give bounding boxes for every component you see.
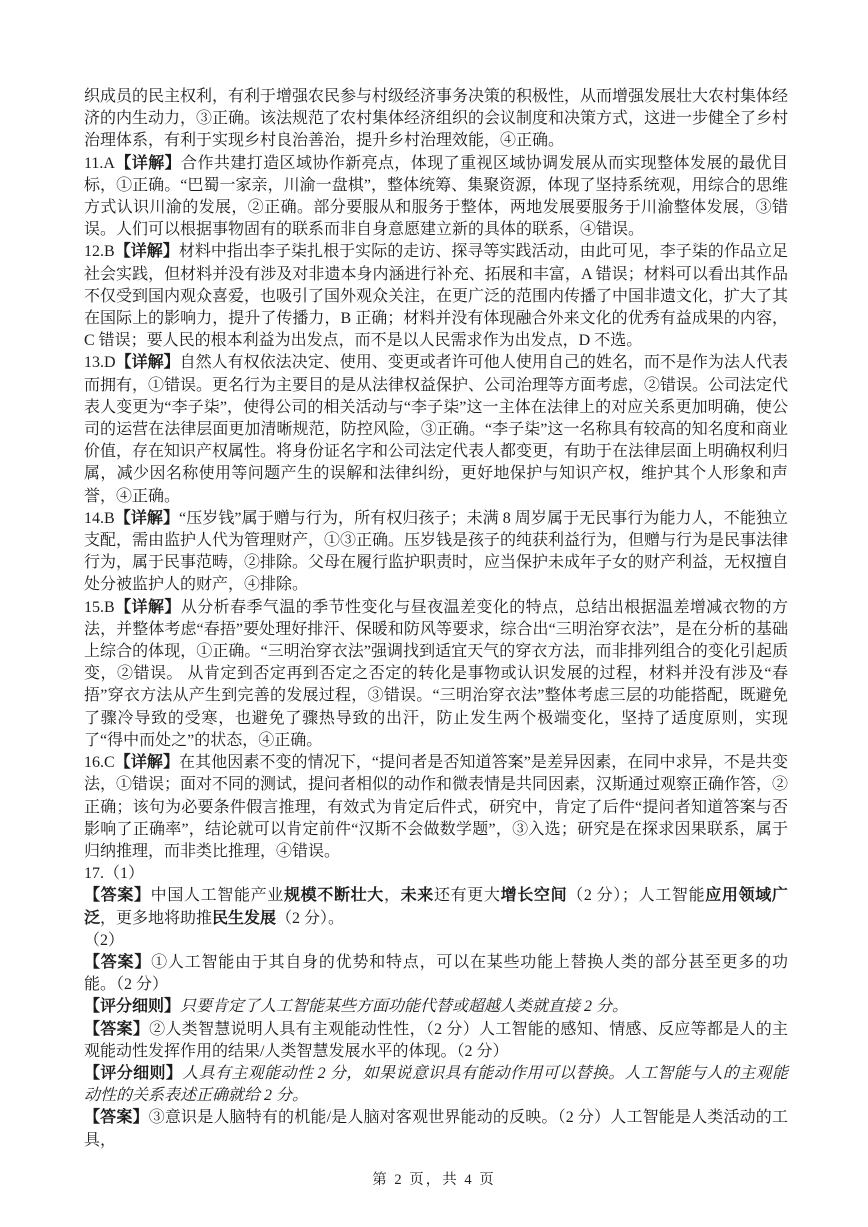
para-q17-part2-heading: （2）	[84, 930, 788, 952]
text-run: 15.B	[84, 599, 115, 616]
text-run: 织成员的民主权利，有利于增强农民参与村级经济事务决策的积极性，从而增强发展壮大农…	[84, 88, 788, 149]
text-run: 13.D	[84, 354, 116, 371]
para-q14-explanation: 14.B【详解】“压岁钱”属于赠与行为，所有权归孩子；未满 8 周岁属于无民事行…	[84, 508, 788, 597]
bold-text-run: 【详解】	[115, 599, 181, 616]
bold-text-run: 未来	[401, 887, 434, 904]
bold-text-run: 【详解】	[116, 354, 180, 371]
text-run: 14.B	[84, 510, 115, 527]
bold-text-run: 【详解】	[115, 243, 179, 260]
para-q16-explanation: 16.C【详解】在其他因素不变的情况下，“提问者是否知道答案”是差异因素，在同中…	[84, 752, 788, 863]
text-run: 16.C	[84, 754, 115, 771]
text-run: （2 分）。	[276, 910, 344, 927]
text-run: （2）	[84, 932, 124, 949]
para-q17-part2-rubric-1: 【评分细则】只要肯定了人工智能某些方面功能代替或超越人类就直接 2 分。	[84, 996, 788, 1018]
text-run: 17.（1）	[84, 865, 144, 882]
text-run: 合作共建打造区域协作新亮点，体现了重视区域协调发展从而实现整体发展的最优目标，①…	[84, 155, 788, 239]
bold-text-run: 【评分细则】	[84, 998, 180, 1015]
text-run: 11.A	[84, 155, 115, 172]
para-q13-explanation: 13.D【详解】自然人有权依法决定、使用、变更或者许可他人使用自己的姓名，而不是…	[84, 352, 788, 507]
text-run: 材料中指出李子柒扎根于实际的走访、探寻等实践活动，由此可见，李子柒的作品立足社会…	[84, 243, 788, 349]
bold-text-run: 民生发展	[212, 910, 276, 927]
para-q17-part2-answer-1: 【答案】①人工智能由于其自身的优势和特点，可以在某些功能上替换人类的部分甚至更多…	[84, 952, 788, 996]
para-q12-explanation: 12.B【详解】材料中指出李子柒扎根于实际的走访、探寻等实践活动，由此可见，李子…	[84, 241, 788, 352]
bold-text-run: 【评分细则】	[84, 1065, 182, 1082]
text-run: ，	[384, 887, 401, 904]
text-run: 在其他因素不变的情况下，“提问者是否知道答案”是差异因素，在同中求异，不是共变法…	[84, 754, 788, 860]
para-q10-continuation: 织成员的民主权利，有利于增强农民参与村级经济事务决策的积极性，从而增强发展壮大农…	[84, 86, 788, 153]
text-run: ②人类智慧说明人具有主观能动性性，（2 分）人工智能的感知、情感、反应等都是人的…	[84, 1021, 788, 1060]
text-run: 中国人工智能产业	[151, 887, 284, 904]
document-body: 织成员的民主权利，有利于增强农民参与村级经济事务决策的积极性，从而增强发展壮大农…	[84, 86, 788, 1152]
text-run: ，更多地将助推	[100, 910, 212, 927]
para-q17-part2-answer-3: 【答案】③意识是人脑特有的机能/是人脑对客观世界能动的反映。（2 分）人工智能是…	[84, 1107, 788, 1151]
para-q17-part1-heading: 17.（1）	[84, 863, 788, 885]
text-run: “压岁钱”属于赠与行为，所有权归孩子；未满 8 周岁属于无民事行为能力人，不能独…	[84, 510, 788, 594]
para-q15-explanation: 15.B【详解】从分析春季气温的季节性变化与昼夜温差变化的特点，总结出根据温差增…	[84, 597, 788, 752]
text-run: ①人工智能由于其自身的优势和特点，可以在某些功能上替换人类的部分甚至更多的功能。…	[84, 954, 788, 993]
bold-text-run: 【答案】	[84, 1021, 149, 1038]
bold-text-run: 【答案】	[84, 1109, 149, 1126]
para-q17-part2-answer-2: 【答案】②人类智慧说明人具有主观能动性性，（2 分）人工智能的感知、情感、反应等…	[84, 1019, 788, 1063]
bold-text-run: 【详解】	[115, 510, 179, 527]
page-footer: 第 2 页，共 4 页	[0, 1168, 868, 1189]
bold-text-run: 【答案】	[84, 954, 151, 971]
rubric-text-run: 人具有主观能动性 2 分，如果说意识具有能动作用可以替换。人工智能与人的主观能动…	[84, 1065, 788, 1104]
text-run: （2 分）；人工智能	[567, 887, 705, 904]
rubric-text-run: 只要肯定了人工智能某些方面功能代替或超越人类就直接 2 分。	[180, 998, 628, 1015]
text-run: ③意识是人脑特有的机能/是人脑对客观世界能动的反映。（2 分）人工智能是人类活动…	[84, 1109, 788, 1148]
text-run: 还有更大	[434, 887, 501, 904]
bold-text-run: 【答案】	[84, 887, 151, 904]
bold-text-run: 【详解】	[115, 754, 179, 771]
para-q17-part2-rubric-2: 【评分细则】人具有主观能动性 2 分，如果说意识具有能动作用可以替换。人工智能与…	[84, 1063, 788, 1107]
text-run: 12.B	[84, 243, 115, 260]
para-q11-explanation: 11.A【详解】合作共建打造区域协作新亮点，体现了重视区域协调发展从而实现整体发…	[84, 153, 788, 242]
text-run: 从分析春季气温的季节性变化与昼夜温差变化的特点，总结出根据温差增减衣物的方法，并…	[84, 599, 788, 749]
document-page: 织成员的民主权利，有利于增强农民参与村级经济事务决策的积极性，从而增强发展壮大农…	[0, 0, 868, 1227]
bold-text-run: 规模不断壮大	[284, 887, 384, 904]
para-q17-part1-answer: 【答案】中国人工智能产业规模不断壮大，未来还有更大增长空间（2 分）；人工智能应…	[84, 885, 788, 929]
text-run: 自然人有权依法决定、使用、变更或者许可他人使用自己的姓名，而不是作为法人代表而拥…	[84, 354, 788, 504]
bold-text-run: 增长空间	[501, 887, 568, 904]
bold-text-run: 【详解】	[115, 155, 181, 172]
